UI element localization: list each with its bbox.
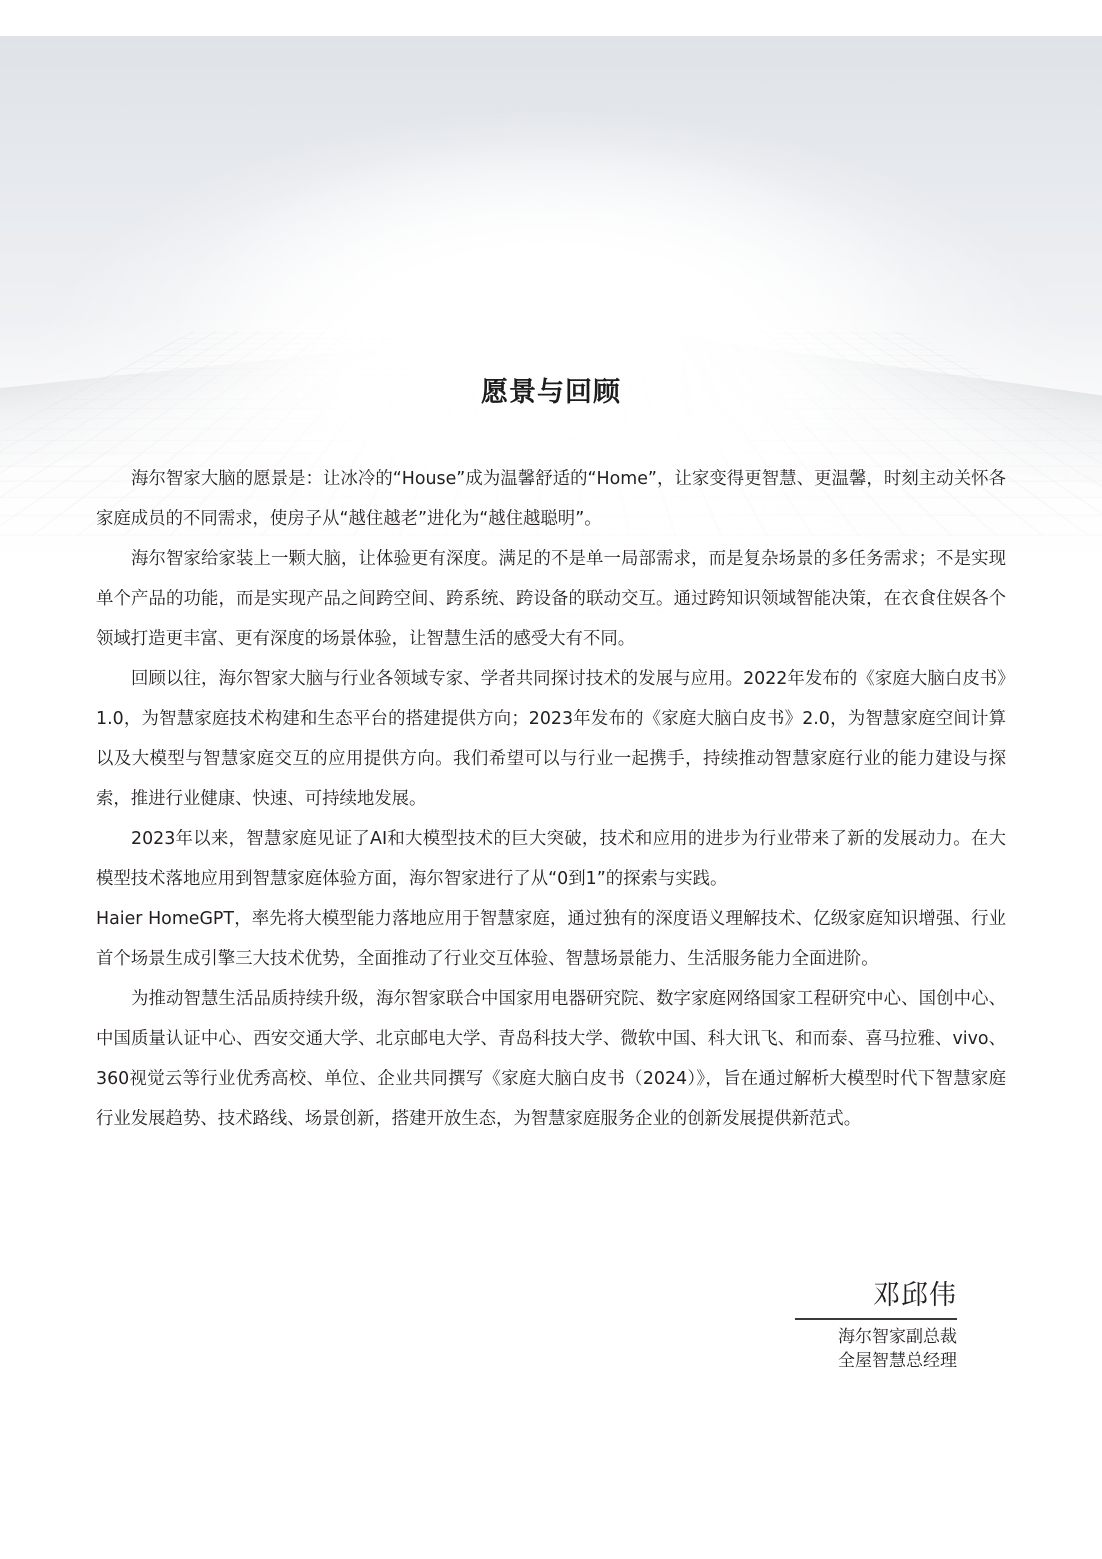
signature-title-1: 海尔智家副总裁 (795, 1325, 957, 1349)
paragraph-collaboration: 为推动智慧生活品质持续升级，海尔智家联合中国家用电器研究院、数字家庭网络国家工程… (96, 979, 1006, 1139)
page-title: 愿景与回顾 (0, 370, 1102, 409)
signature-block: 邓邱伟 海尔智家副总裁 全屋智慧总经理 (795, 1278, 957, 1373)
paragraph-brain: 海尔智家给家装上一颗大脑，让体验更有深度。满足的不是单一局部需求，而是复杂场景的… (96, 539, 1006, 659)
signature-title-2: 全屋智慧总经理 (795, 1349, 957, 1373)
paragraph-breakthrough: 2023年以来，智慧家庭见证了AI和大模型技术的巨大突破，技术和应用的进步为行业… (96, 819, 1006, 899)
body-text: 海尔智家大脑的愿景是：让冰冷的“House”成为温馨舒适的“Home”，让家变得… (96, 459, 1006, 1139)
paragraph-vision: 海尔智家大脑的愿景是：让冰冷的“House”成为温馨舒适的“Home”，让家变得… (96, 459, 1006, 539)
signature-divider (795, 1318, 957, 1320)
signature-name: 邓邱伟 (795, 1278, 957, 1314)
top-margin (0, 0, 1102, 36)
paragraph-review: 回顾以往，海尔智家大脑与行业各领域专家、学者共同探讨技术的发展与应用。2022年… (96, 659, 1006, 819)
paragraph-homegpt: Haier HomeGPT，率先将大模型能力落地应用于智慧家庭，通过独有的深度语… (96, 899, 1006, 979)
